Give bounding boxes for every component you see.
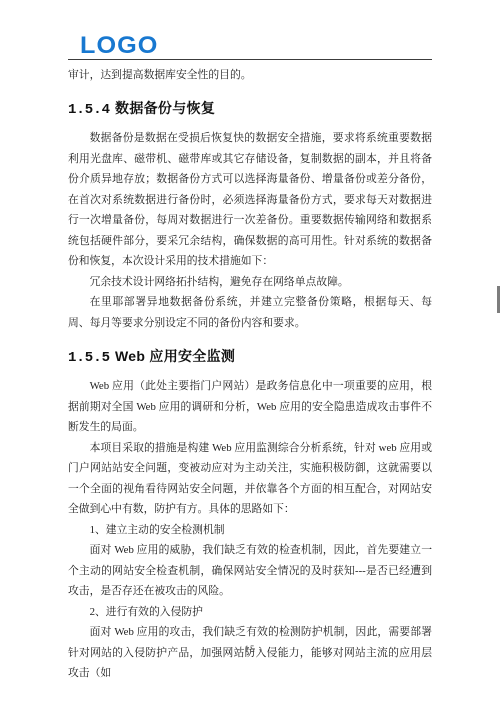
section-number: 1.5.5 <box>68 350 110 366</box>
page-header: LOGO <box>68 0 432 60</box>
page-number: - 15 - <box>0 644 500 654</box>
paragraph: 冗余技术设计网络拓扑结构，避免存在网络单点故障。 <box>68 272 432 293</box>
header-divider <box>68 59 432 60</box>
section-heading-1-5-5: 1.5.5Web 应用安全监测 <box>68 346 432 368</box>
paragraph: 面对 Web 应用的威胁，我们缺乏有效的检查机制，因此，首先要建立一个主动的网站… <box>68 540 432 602</box>
document-page: LOGO 审计，达到提高数据库安全性的目的。 1.5.4数据备份与恢复 数据备份… <box>0 0 500 684</box>
section-number: 1.5.4 <box>68 102 110 118</box>
paragraph: 在里耶部署异地数据备份系统，并建立完整备份策略，根据每天、每周、每月等要求分别设… <box>68 292 432 333</box>
list-item-1: 1、建立主动的安全检测机制 <box>68 520 432 541</box>
paragraph-continuation: 审计，达到提高数据库安全性的目的。 <box>68 65 432 85</box>
section-title: Web 应用安全监测 <box>115 348 235 364</box>
paragraph: 数据备份是数据在受损后恢复快的数据安全措施，要求将系统重要数据利用光盘库、磁带机… <box>68 128 432 272</box>
company-logo: LOGO <box>80 34 158 58</box>
paragraph: Web 应用（此处主要指门户网站）是政务信息化中一项重要的应用，根据前期对全国 … <box>68 376 432 438</box>
paragraph: 本项目采取的措施是构建 Web 应用监测综合分析系统，针对 web 应用或门户网… <box>68 438 432 520</box>
section-heading-1-5-4: 1.5.4数据备份与恢复 <box>68 98 432 120</box>
list-item-2: 2、进行有效的入侵防护 <box>68 602 432 623</box>
section-title: 数据备份与恢复 <box>115 100 215 116</box>
